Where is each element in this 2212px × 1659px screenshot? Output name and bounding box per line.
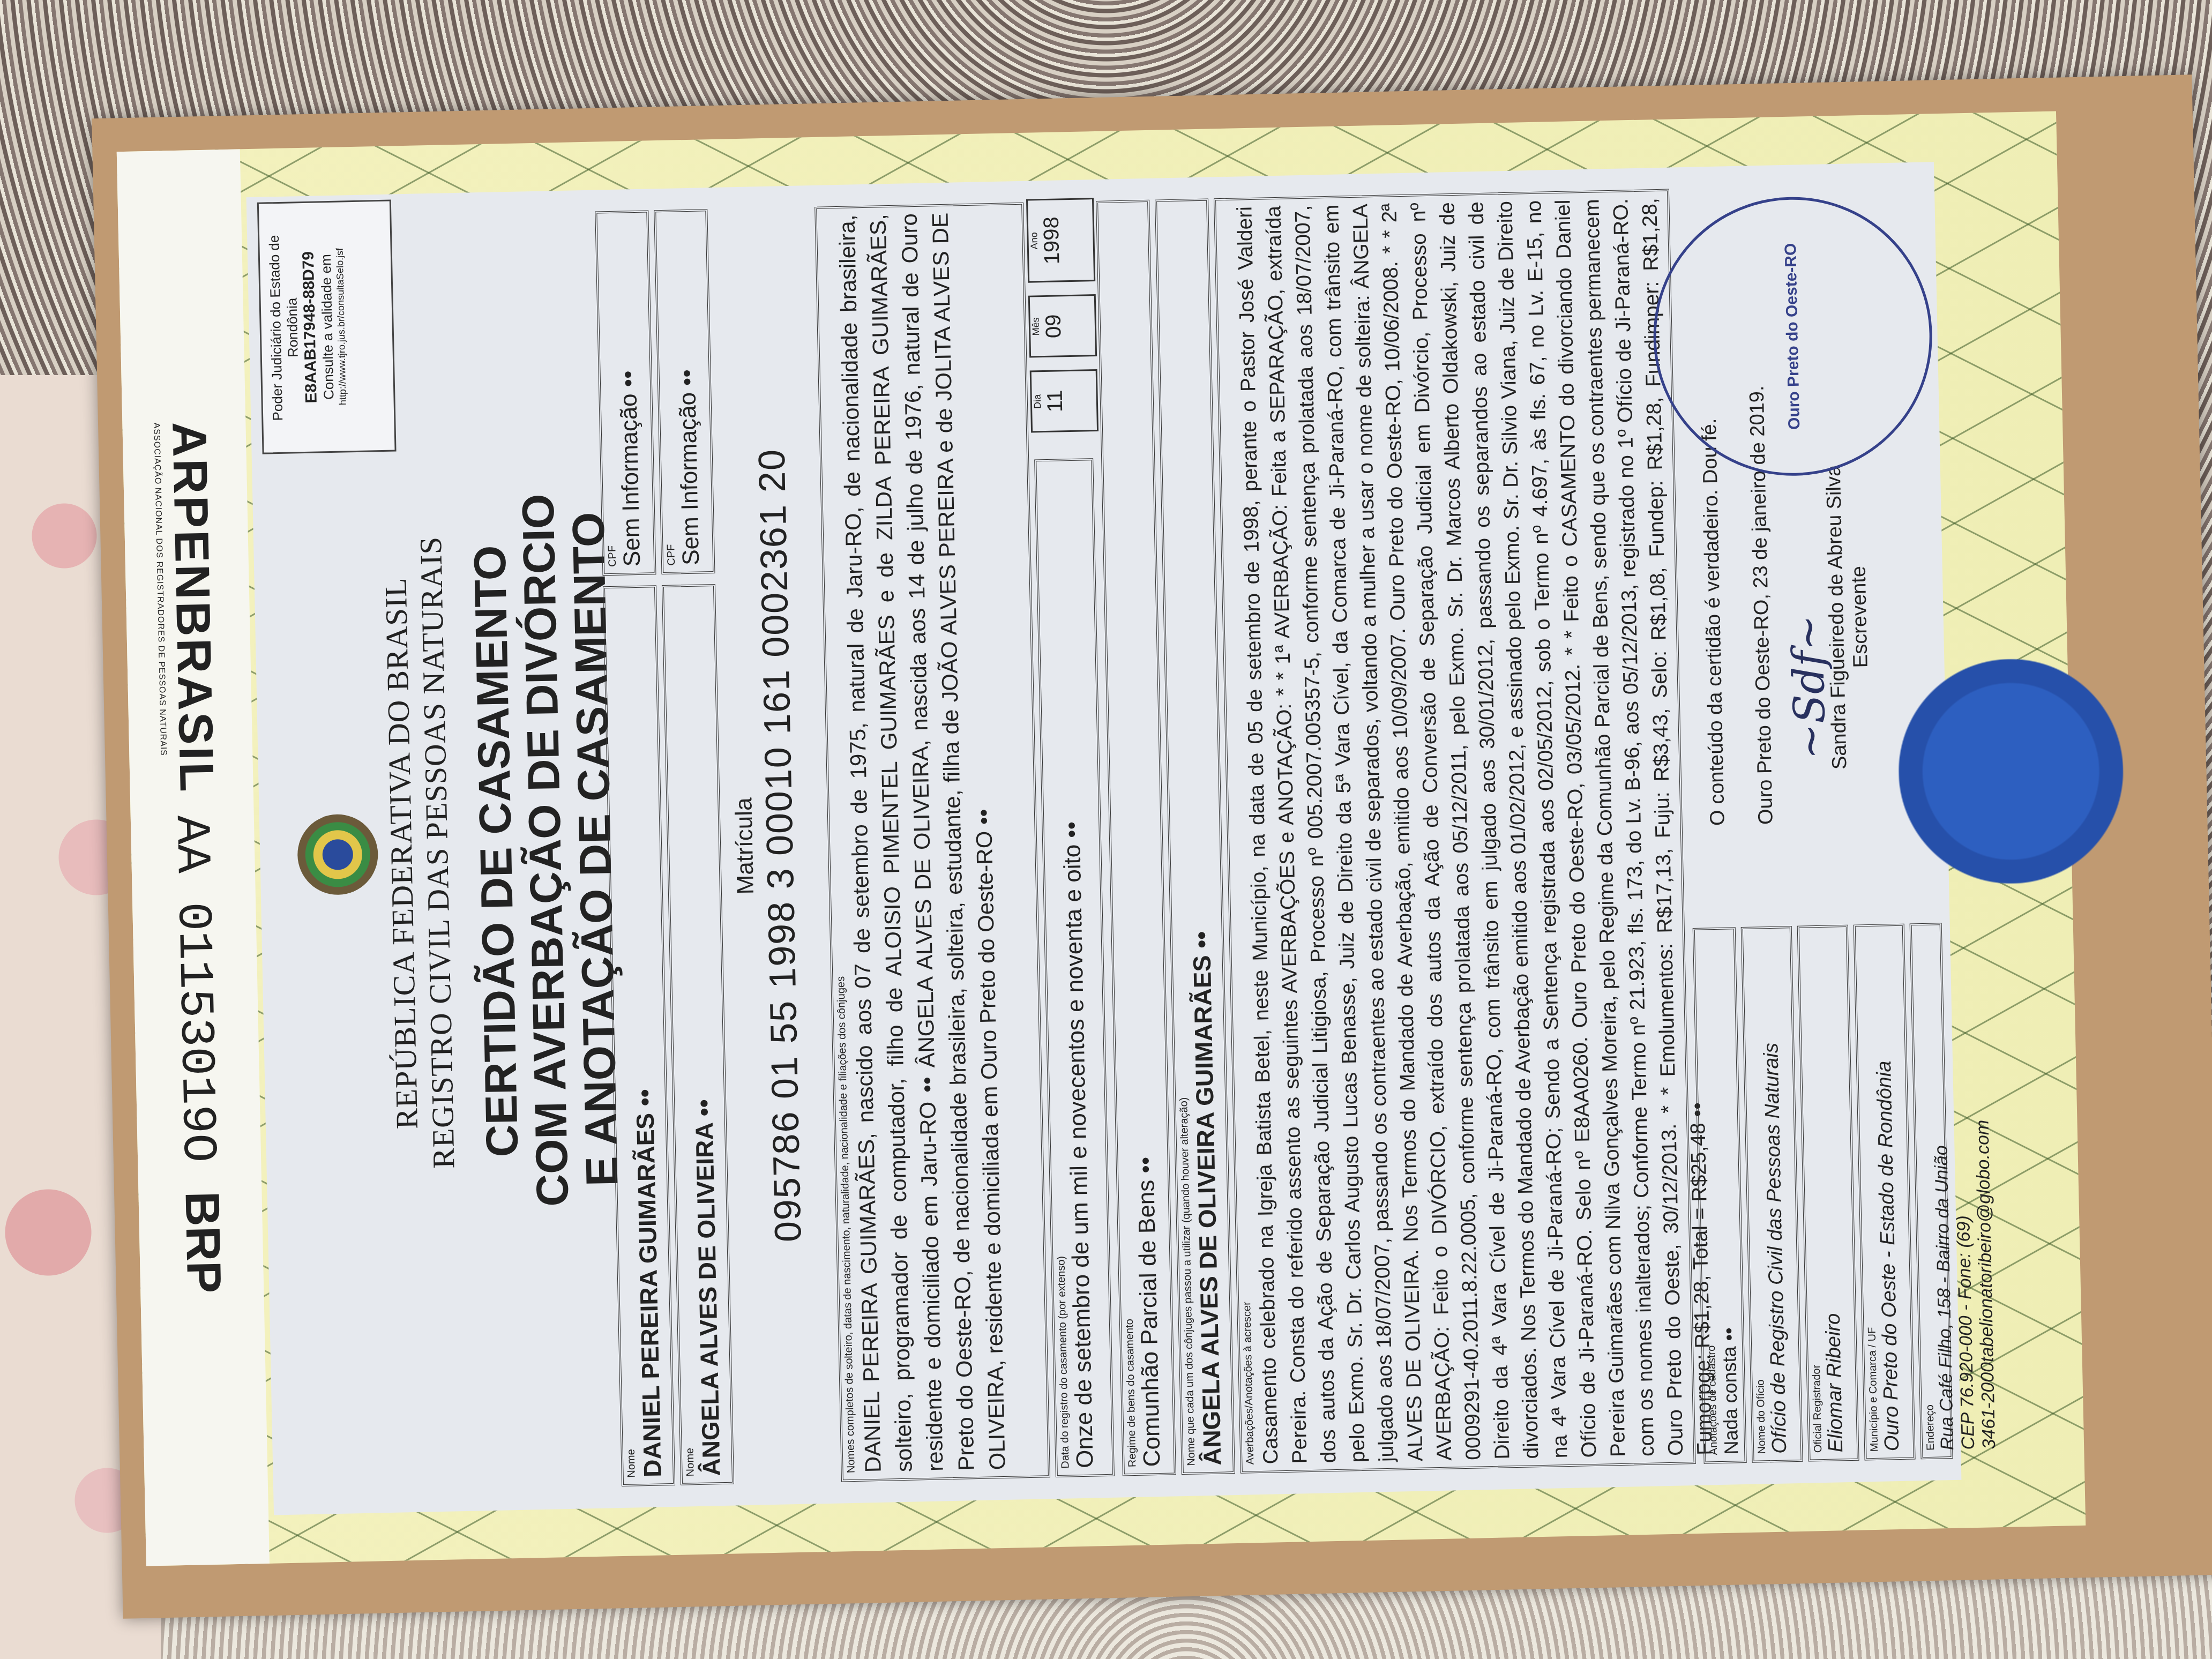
certificate-photo: ARPENBRASIL ASSOCIAÇÃO NACIONAL DOS REGI…	[117, 111, 2086, 1566]
dia-box: Dia 11	[1030, 369, 1098, 433]
spouse2-name-field: Nome ÂNGELA ALVES DE OLIVEIRA ••	[662, 584, 734, 1485]
arpen-brand: ARPENBRASIL ASSOCIAÇÃO NACIONAL DOS REGI…	[152, 421, 225, 794]
filiacao-field: Nomes completos de solteiro, datas de na…	[814, 203, 1050, 1482]
ano-box: Ano 1998	[1026, 198, 1095, 283]
mes-box: Mês 09	[1028, 294, 1097, 358]
municipio-field: Município e Comarca / UF Ouro Preto do O…	[1854, 924, 1916, 1461]
averbacoes-field: Averbações/Anotações à acrescer Casament…	[1214, 189, 1696, 1474]
serial-number: AA 01153019O BRP	[163, 814, 231, 1294]
oficial-field: Oficial Registrador Eliomar Ribeiro	[1797, 925, 1859, 1462]
stamp-ring-text	[1664, 208, 1922, 465]
certificate-body: Poder Judiciário do Estado de Rondônia E…	[246, 162, 1962, 1515]
certificate-header: REPÚBLICA FEDERATIVA DO BRASIL REGISTRO …	[284, 190, 634, 1514]
spouse1-cpf-field: CPF Sem Informação ••	[595, 210, 656, 576]
oficio-field: Nome do Ofício Ofício de Registro Civil …	[1741, 926, 1803, 1463]
blue-ribbon-seal	[1896, 656, 2126, 886]
brazil-coat-of-arms-icon	[297, 813, 379, 895]
marriage-certificate: ARPENBRASIL ASSOCIAÇÃO NACIONAL DOS REGI…	[117, 111, 2086, 1566]
matricula: Matrícula 095786 01 55 1998 3 00010 161 …	[718, 186, 814, 1505]
spouse2-cpf-field: CPF Sem Informação ••	[654, 209, 715, 574]
endereco-field: Endereço Rua Café Filho, 158 - Bairro da…	[1910, 923, 1953, 1459]
signer-block: Sandra Figueiredo de Abreu Silva Escreve…	[1822, 465, 1875, 770]
